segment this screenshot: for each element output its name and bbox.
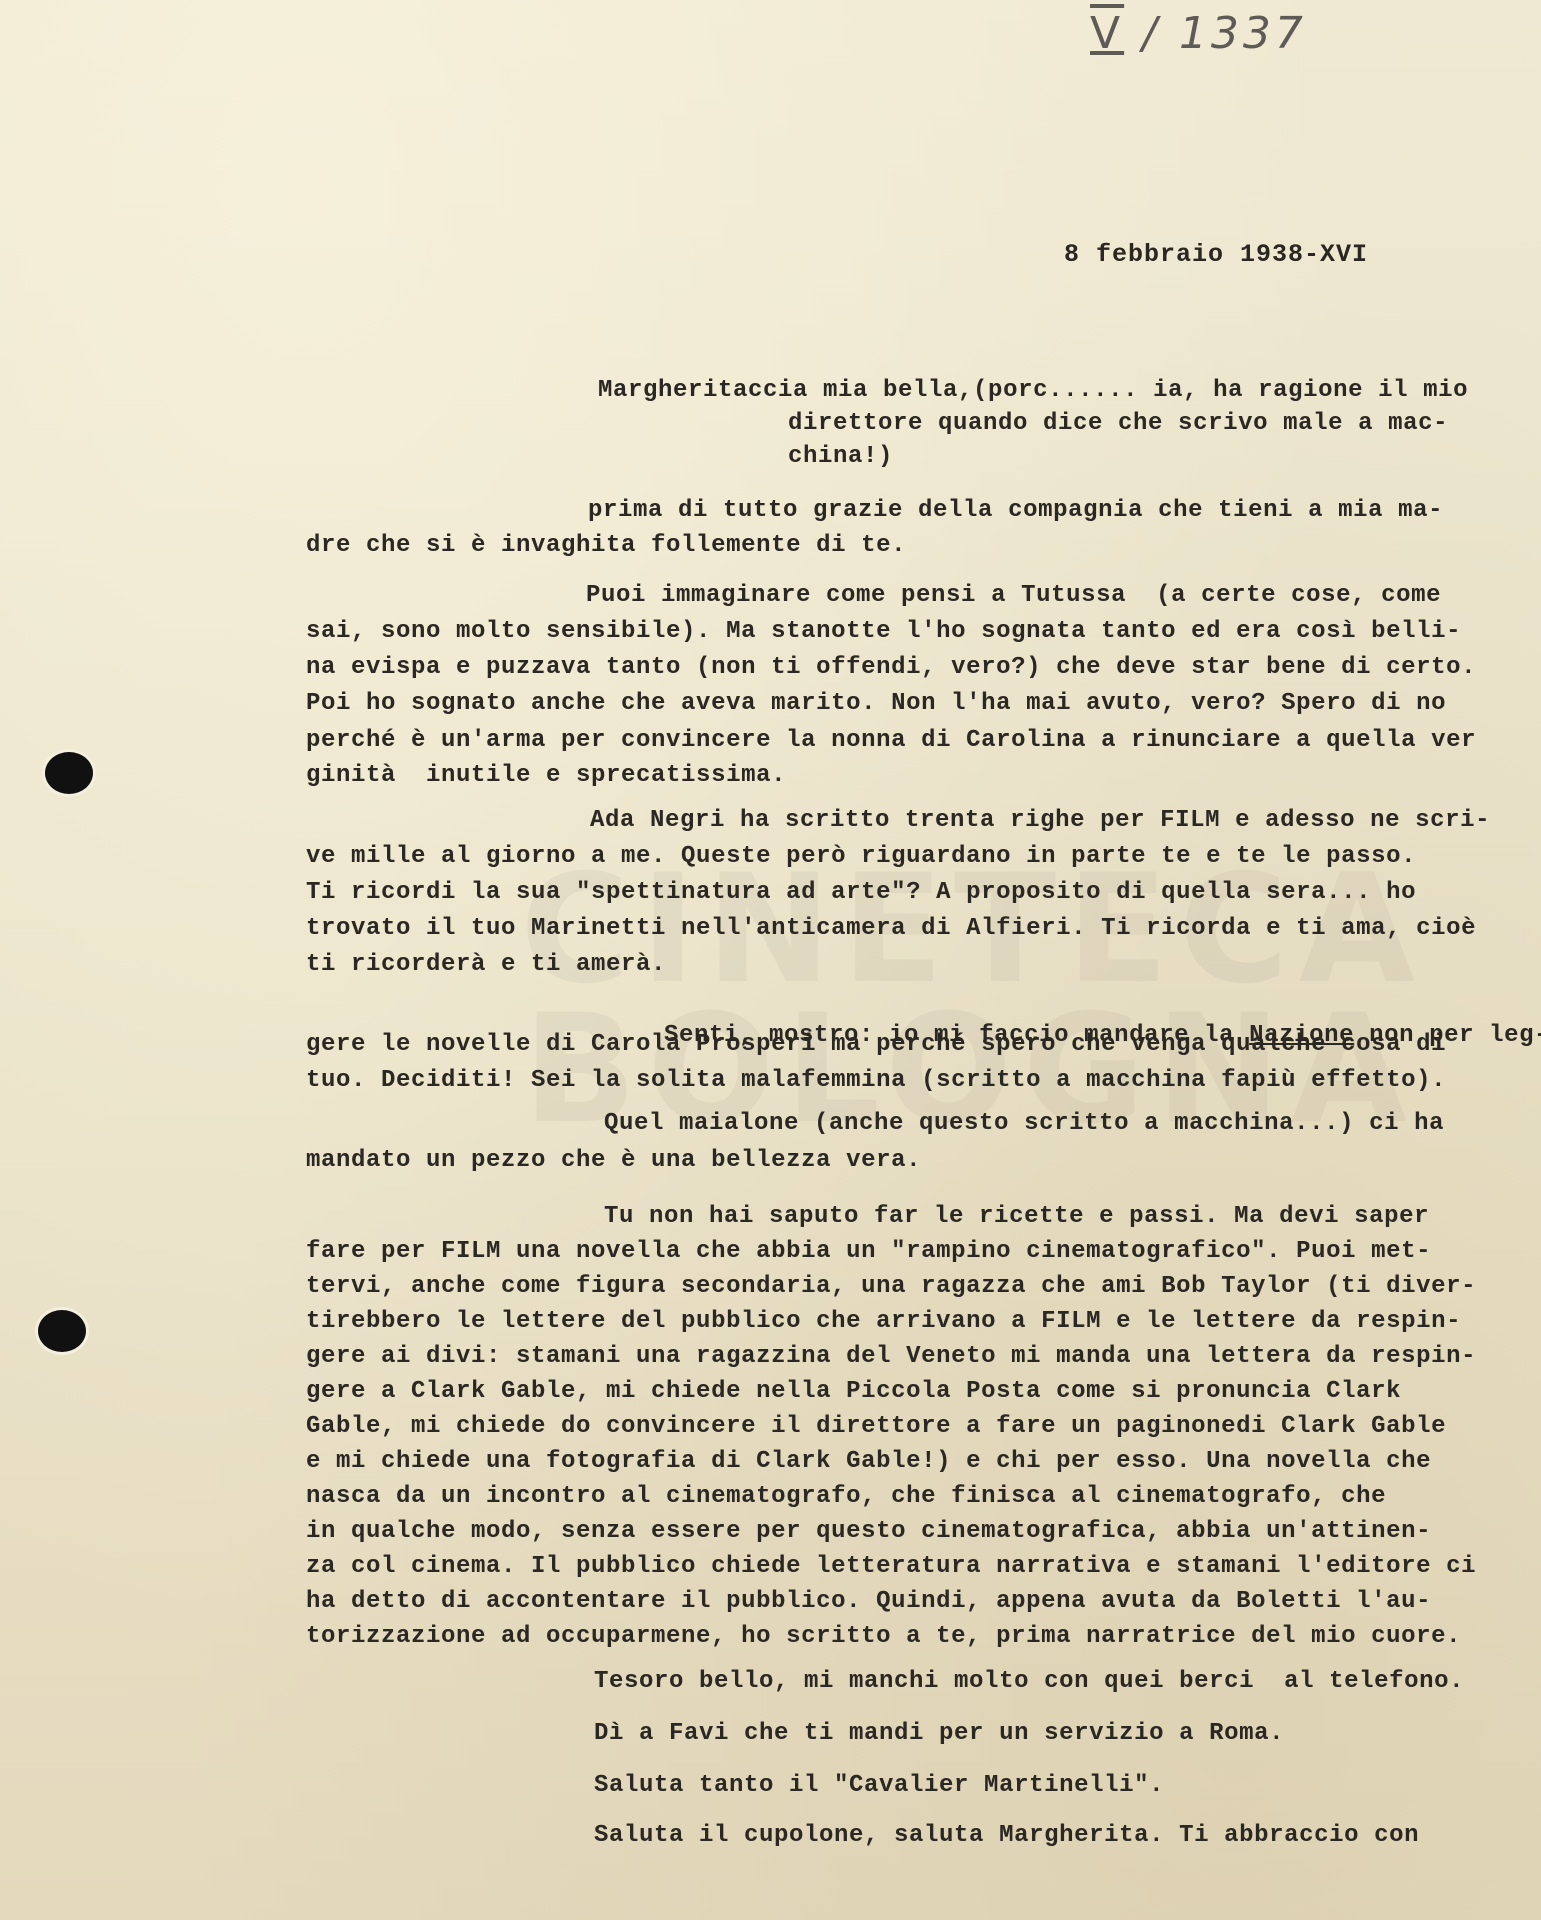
paragraph-line: Gable, mi chiede do convincere il dirett… (306, 1413, 1446, 1440)
archive-reference-mark: V / 1337 (1090, 8, 1307, 59)
closing-line: Saluta il cupolone, saluta Margherita. T… (594, 1822, 1419, 1849)
paragraph-line: in qualche modo, senza essere per questo… (306, 1518, 1431, 1545)
paragraph-line: prima di tutto grazie della compagnia ch… (588, 497, 1443, 524)
closing-line: Tesoro bello, mi manchi molto con quei b… (594, 1668, 1464, 1695)
paragraph-line: trovato il tuo Marinetti nell'anticamera… (306, 915, 1476, 942)
paragraph-line: tirebbero le lettere del pubblico che ar… (306, 1308, 1461, 1335)
paragraph-line: fare per FILM una novella che abbia un "… (306, 1238, 1431, 1265)
paragraph-line: Ti ricordi la sua "spettinatura ad arte"… (306, 879, 1416, 906)
archive-separator: / (1142, 8, 1161, 59)
paragraph-line: sai, sono molto sensibile). Ma stanotte … (306, 618, 1461, 645)
paragraph-line: tuo. Deciditi! Sei la solita malafemmina… (306, 1067, 1446, 1094)
paragraph-line: Puoi immaginare come pensi a Tutussa (a … (586, 582, 1441, 609)
archive-number: 1337 (1179, 8, 1307, 59)
paragraph-line: ha detto di accontentare il pubblico. Qu… (306, 1588, 1431, 1615)
paragraph-line: Ada Negri ha scritto trenta righe per FI… (590, 807, 1490, 834)
paragraph-line: mandato un pezzo che è una bellezza vera… (306, 1147, 921, 1174)
closing-line: Saluta tanto il "Cavalier Martinelli". (594, 1772, 1164, 1799)
paragraph-line: gere ai divi: stamani una ragazzina del … (306, 1343, 1476, 1370)
salutation-line: china!) (788, 443, 893, 470)
paragraph-line: gere a Clark Gable, mi chiede nella Picc… (306, 1378, 1401, 1405)
archive-series: V (1090, 8, 1124, 59)
paragraph-line: na evispa e puzzava tanto (non ti offend… (306, 654, 1476, 681)
paragraph-line: dre che si è invaghita follemente di te. (306, 532, 906, 559)
paragraph-line: Poi ho sognato anche che aveva marito. N… (306, 690, 1446, 717)
paragraph-line: ve mille al giorno a me. Queste però rig… (306, 843, 1416, 870)
paragraph-line: Tu non hai saputo far le ricette e passi… (604, 1203, 1429, 1230)
paragraph-line: nasca da un incontro al cinematografo, c… (306, 1483, 1386, 1510)
paragraph-line: torizzazione ad occuparmene, ho scritto … (306, 1623, 1461, 1650)
paragraph-line: e mi chiede una fotografia di Clark Gabl… (306, 1448, 1431, 1475)
paragraph-line: Quel maialone (anche questo scritto a ma… (604, 1110, 1444, 1137)
salutation-line: Margheritaccia mia bella,(porc...... ia,… (598, 377, 1468, 404)
paragraph-line: perché è un'arma per convincere la nonna… (306, 727, 1476, 754)
paragraph-line: ginità inutile e sprecatissima. (306, 762, 786, 789)
punch-hole (38, 1310, 86, 1352)
paragraph-line: gere le novelle di Carola Prosperi ma pe… (306, 1031, 1446, 1058)
paragraph-line: ti ricorderà e ti amerà. (306, 951, 666, 978)
letter-page: V / 1337 CINETECA BOLOGNA 8 febbraio 193… (0, 0, 1541, 1920)
paragraph-line: tervi, anche come figura secondaria, una… (306, 1273, 1476, 1300)
closing-line: Dì a Favi che ti mandi per un servizio a… (594, 1720, 1284, 1747)
salutation-line: direttore quando dice che scrivo male a … (788, 410, 1448, 437)
letter-date: 8 febbraio 1938-XVI (1064, 240, 1368, 269)
punch-hole (45, 752, 93, 794)
paragraph-line: za col cinema. Il pubblico chiede letter… (306, 1553, 1476, 1580)
